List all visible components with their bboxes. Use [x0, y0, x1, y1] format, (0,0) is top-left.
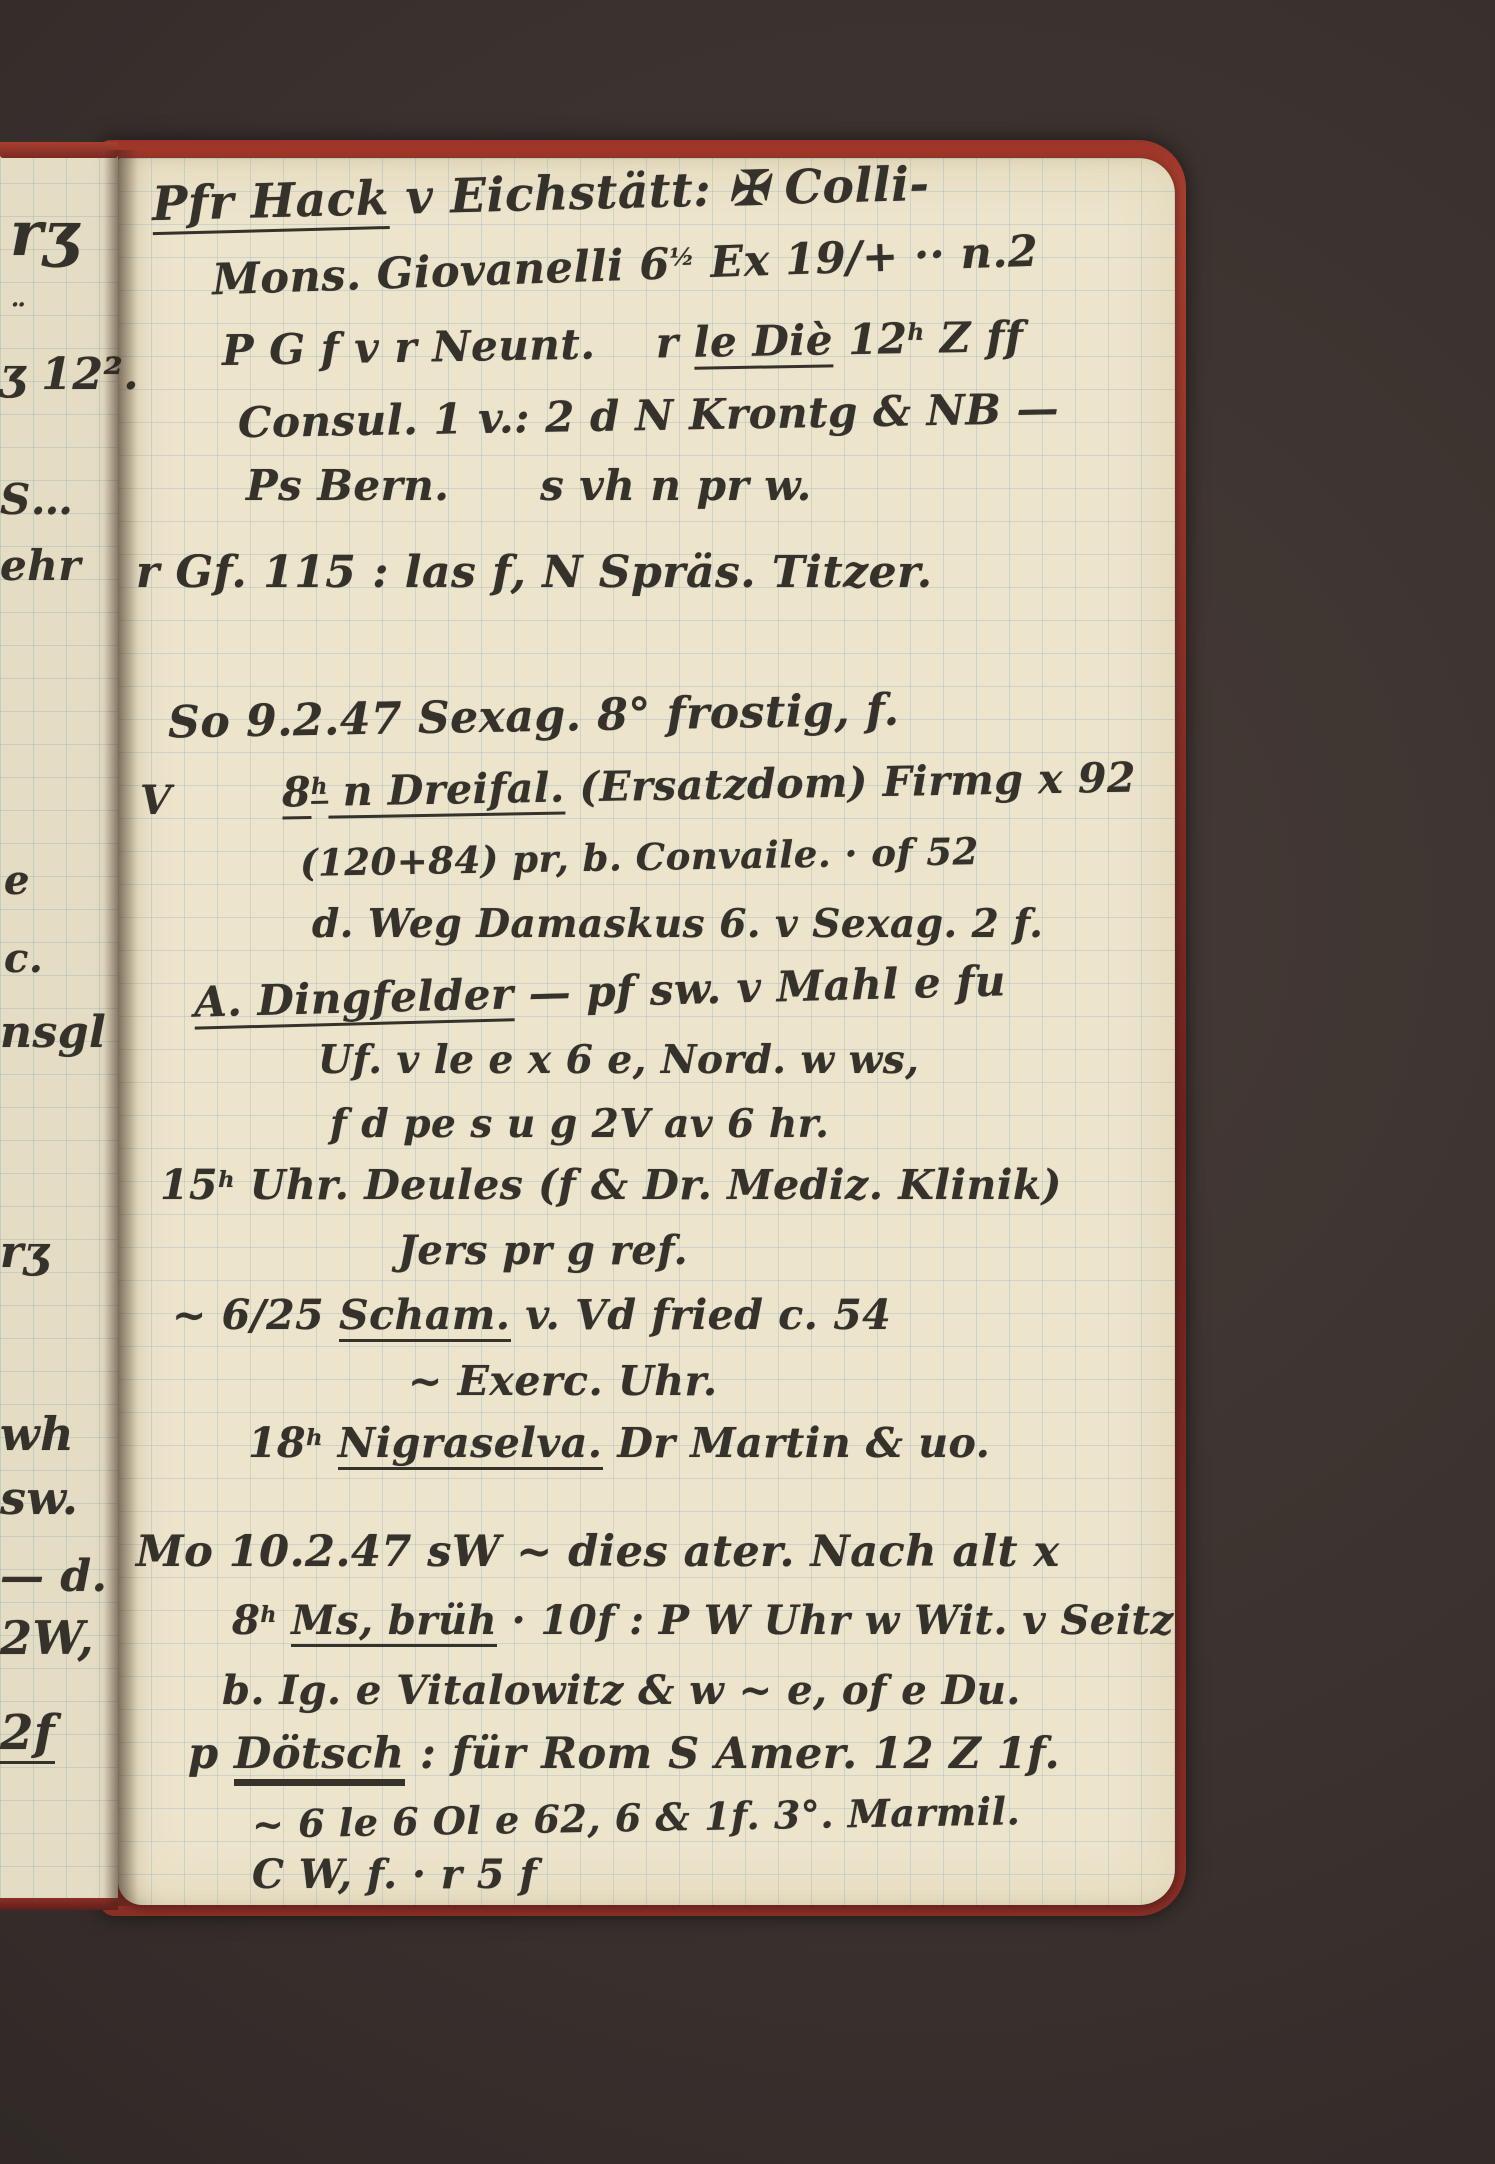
text-segment: — d.	[0, 1552, 107, 1603]
handwriting-fragment: — d.	[0, 1552, 107, 1603]
handwriting-fragment: ehr	[0, 542, 81, 590]
text-segment: v Eichstätt:	[388, 163, 729, 226]
handwriting-line: 15h Uhr. Deules (f & Dr. Mediz. Klinik)	[160, 1162, 1062, 1209]
handwriting-line: Uf. v le e x 6 e, Nord. w ws,	[318, 1038, 919, 1083]
handwriting-fragment: 2f	[0, 1706, 55, 1764]
text-segment: Ms, brüh	[291, 1598, 497, 1647]
text-segment: ʒ 12².	[0, 350, 139, 401]
text-segment: 18	[248, 1420, 306, 1467]
handwriting-layer: Pfr Hack v Eichstätt: ✠ Colli-Mons. Giov…	[118, 158, 1175, 1905]
text-segment: Colli-	[767, 158, 930, 216]
text-segment: ehr	[0, 542, 81, 590]
text-segment: ~ 6 le 6 Ol e 62, 6 & 1f. 3°. Marmil.	[252, 1789, 1021, 1846]
text-segment: r Gf. 115 : las f, N Spräs. Titzer.	[136, 548, 933, 599]
text-segment: c.	[4, 936, 43, 982]
text-segment	[277, 1598, 291, 1644]
text-segment: Jers pr g ref.	[398, 1228, 688, 1274]
text-segment: V	[140, 778, 172, 824]
text-segment: nsgl	[0, 1008, 106, 1059]
text-segment: h	[218, 1168, 235, 1194]
handwriting-fragment: ʒ 12².	[0, 350, 139, 401]
handwriting-line: P G f v r Neunt. r le Diè 12h Z ff	[222, 313, 1024, 378]
text-segment: Scham.	[339, 1292, 511, 1342]
text-segment: 12	[833, 315, 908, 365]
handwriting-line: C W, f. · r 5 f	[252, 1852, 537, 1898]
handwriting-fragment: wh	[0, 1408, 74, 1461]
text-segment: Ex 19/+ ·· n.2	[694, 228, 1039, 289]
text-segment: S…	[0, 476, 73, 524]
handwriting-fragment: ¨	[8, 300, 24, 335]
text-segment	[323, 1420, 338, 1467]
handwriting-fragment: c.	[4, 936, 43, 982]
text-segment: p	[188, 1730, 234, 1779]
handwriting-line: So 9.2.47 Sexag. 8° frostig, f.	[168, 686, 900, 749]
handwriting-line: A. Dingfelder — pf sw. v Mahl e fu	[193, 957, 1006, 1030]
text-segment: Ps Bern. s vh n pr w.	[246, 462, 812, 510]
text-segment: Pfr Hack	[151, 172, 389, 235]
text-segment: · 10f : P W Uhr w Wit. v Seitz	[497, 1598, 1174, 1644]
text-segment: 2W,	[0, 1612, 94, 1665]
handwriting-line: b. Ig. e Vitalowitz & w ~ e, of e Du.	[222, 1668, 1021, 1714]
text-segment: — pf sw. v Mahl e fu	[513, 957, 1007, 1018]
text-segment: : für Rom S Amer. 12 Z 1f.	[405, 1730, 1061, 1779]
text-segment: ✠	[727, 162, 768, 217]
text-segment: wh	[0, 1408, 74, 1461]
text-segment: h	[907, 320, 925, 347]
facing-page-handwriting-layer: rʒ¨ʒ 12².S…ehrec.nsglrʒwhsw.— d.2W,2f	[0, 150, 118, 1906]
handwriting-line: Ps Bern. s vh n pr w.	[246, 462, 812, 510]
text-segment: (120+84) pr, b. Convaile. · of 52	[300, 830, 979, 884]
text-segment: Uhr. Deules (f & Dr. Mediz. Klinik)	[235, 1162, 1062, 1209]
handwriting-line: ~ Exerc. Uhr.	[408, 1358, 718, 1405]
text-segment: ~ Exerc. Uhr.	[408, 1358, 718, 1405]
handwriting-line: p Dötsch : für Rom S Amer. 12 Z 1f.	[188, 1730, 1060, 1782]
handwriting-line: ~ 6 le 6 Ol e 62, 6 & 1f. 3°. Marmil.	[252, 1789, 1021, 1846]
handwriting-line: V	[140, 778, 172, 824]
handwriting-line: f d pe s u g 2V av 6 hr.	[330, 1102, 829, 1147]
text-segment: Dötsch	[234, 1730, 405, 1782]
text-segment: Mo 10.2.47 sW ~ dies ater. Nach alt x	[136, 1528, 1060, 1577]
text-segment: 8	[232, 1598, 260, 1644]
handwriting-fragment: S…	[0, 476, 73, 524]
text-segment: v. Vd fried c. 54	[511, 1292, 892, 1339]
text-segment: sw.	[0, 1472, 78, 1525]
text-segment: (Ersatzdom) Firmg x 92	[564, 755, 1136, 812]
handwriting-line: 18h Nigraselva. Dr Martin & uo.	[248, 1420, 990, 1470]
text-segment: le Diè	[693, 316, 833, 370]
facing-page-edge: rʒ¨ʒ 12².S…ehrec.nsglrʒwhsw.— d.2W,2f	[0, 150, 118, 1906]
handwriting-line: d. Weg Damaskus 6. v Sexag. 2 f.	[312, 902, 1043, 947]
text-segment: 2f	[0, 1706, 55, 1764]
text-segment: n Dreifal.	[328, 765, 566, 819]
text-segment: Mons. Giovanelli 6	[211, 240, 670, 305]
handwriting-fragment: nsgl	[0, 1008, 106, 1059]
handwriting-fragment: sw.	[0, 1472, 78, 1525]
handwriting-line: 8h n Dreifal. (Ersatzdom) Firmg x 92	[282, 755, 1137, 820]
text-segment: rʒ	[10, 198, 79, 269]
handwriting-fragment: rʒ	[10, 198, 79, 269]
text-segment: Uf. v le e x 6 e, Nord. w ws,	[318, 1038, 919, 1083]
text-segment: Z ff	[924, 313, 1023, 363]
text-segment: rʒ	[0, 1228, 49, 1279]
handwriting-line: r Gf. 115 : las f, N Spräs. Titzer.	[136, 548, 933, 599]
photo-background: Pfr Hack v Eichstätt: ✠ Colli-Mons. Giov…	[0, 0, 1495, 2164]
text-segment: Dr Martin & uo.	[603, 1420, 991, 1467]
handwriting-line: Mo 10.2.47 sW ~ dies ater. Nach alt x	[136, 1528, 1060, 1577]
text-segment: h	[260, 1603, 277, 1628]
notebook-page: Pfr Hack v Eichstätt: ✠ Colli-Mons. Giov…	[118, 158, 1175, 1905]
text-segment: d. Weg Damaskus 6. v Sexag. 2 f.	[312, 902, 1043, 947]
text-segment: C W, f. · r 5 f	[252, 1852, 537, 1898]
text-segment: h	[311, 774, 328, 803]
text-segment: P G f v r Neunt. r	[222, 319, 694, 376]
handwriting-fragment: 2W,	[0, 1612, 94, 1665]
text-segment: e	[4, 858, 30, 904]
handwriting-line: Jers pr g ref.	[398, 1228, 688, 1274]
text-segment: ~ 6/25	[172, 1292, 339, 1339]
text-segment: f d pe s u g 2V av 6 hr.	[330, 1102, 829, 1147]
handwriting-line: Mons. Giovanelli 6½ Ex 19/+ ·· n.2	[211, 228, 1039, 306]
handwriting-line: Pfr Hack v Eichstätt: ✠ Colli-	[151, 158, 930, 235]
text-segment: b. Ig. e Vitalowitz & w ~ e, of e Du.	[222, 1668, 1021, 1714]
text-segment: ½	[669, 244, 695, 272]
text-segment: 8	[282, 769, 312, 820]
handwriting-fragment: e	[4, 858, 30, 904]
text-segment: So 9.2.47 Sexag. 8° frostig, f.	[168, 686, 900, 749]
handwriting-fragment: rʒ	[0, 1228, 49, 1279]
handwriting-line: ~ 6/25 Scham. v. Vd fried c. 54	[172, 1292, 891, 1342]
handwriting-line: 8h Ms, brüh · 10f : P W Uhr w Wit. v Sei…	[232, 1598, 1174, 1647]
text-segment: A. Dingfelder	[193, 970, 514, 1030]
text-segment: Nigraselva.	[338, 1420, 603, 1470]
handwriting-line: (120+84) pr, b. Convaile. · of 52	[300, 830, 979, 884]
text-segment: 15	[160, 1162, 218, 1209]
text-segment: Consul. 1 v.: 2 d N Krontg & NB —	[238, 385, 1060, 448]
handwriting-line: Consul. 1 v.: 2 d N Krontg & NB —	[238, 385, 1060, 448]
text-segment: ¨	[8, 300, 24, 335]
text-segment: h	[306, 1426, 323, 1452]
